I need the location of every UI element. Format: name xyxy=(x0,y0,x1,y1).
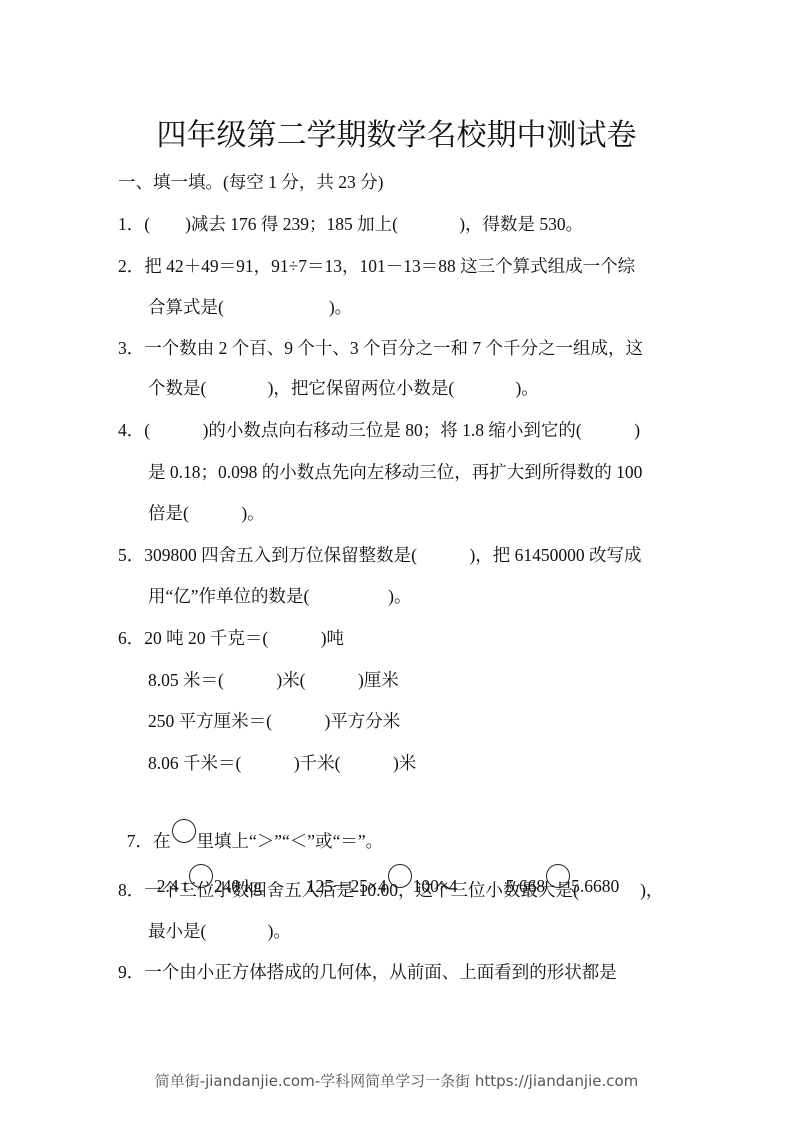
question-5-line-1: 5．309800 四舍五入到万位保留整数是( )，把 61450000 改写成 xyxy=(118,543,642,567)
footer-watermark: 简单街-jiandanjie.com-学科网简单学习一条街 https://ji… xyxy=(0,1070,793,1091)
section-heading: 一、填一填。(每空 1 分，共 23 分) xyxy=(118,170,383,194)
question-8-line-2: 最小是( )。 xyxy=(148,919,291,943)
question-1: 1．( )减去 176 得 239；185 加上( )，得数是 530。 xyxy=(118,212,583,236)
question-5-line-2: 用“亿”作单位的数是( )。 xyxy=(148,584,411,608)
question-8-line-1: 8．一个三位小数四舍五入后是 10.00，这个三位小数最大是( )， xyxy=(118,878,663,902)
page-title: 四年级第二学期数学名校期中测试卷 xyxy=(0,110,793,154)
question-4-line-2: 是 0.18；0.098 的小数点先向左移动三位，再扩大到所得数的 100 xyxy=(148,460,642,484)
question-9-line-1: 9．一个由小正方体搭成的几何体，从前面、上面看到的形状都是 xyxy=(118,960,617,984)
question-6-line-4: 8.06 千米＝( )千米( )米 xyxy=(148,751,416,775)
question-3-line-2: 个数是( )，把它保留两位小数是( )。 xyxy=(148,376,539,400)
question-4-line-1: 4．( )的小数点向右移动三位是 80；将 1.8 缩小到它的( ) xyxy=(118,418,640,442)
question-3-line-1: 3．一个数由 2 个百、9 个十、3 个百分之一和 7 个千分之一组成，这 xyxy=(118,336,643,360)
question-2-line-2: 合算式是( )。 xyxy=(148,295,352,319)
question-6-line-3: 250 平方厘米＝( )平方分米 xyxy=(148,709,400,733)
question-6-line-1: 6．20 吨 20 千克＝( )吨 xyxy=(118,626,344,650)
question-2-line-1: 2．把 42＋49＝91，91÷7＝13，101－13＝88 这三个算式组成一个… xyxy=(118,254,635,278)
question-4-line-3: 倍是( )。 xyxy=(148,501,265,525)
question-6-line-2: 8.05 米＝( )米( )厘米 xyxy=(148,668,399,692)
